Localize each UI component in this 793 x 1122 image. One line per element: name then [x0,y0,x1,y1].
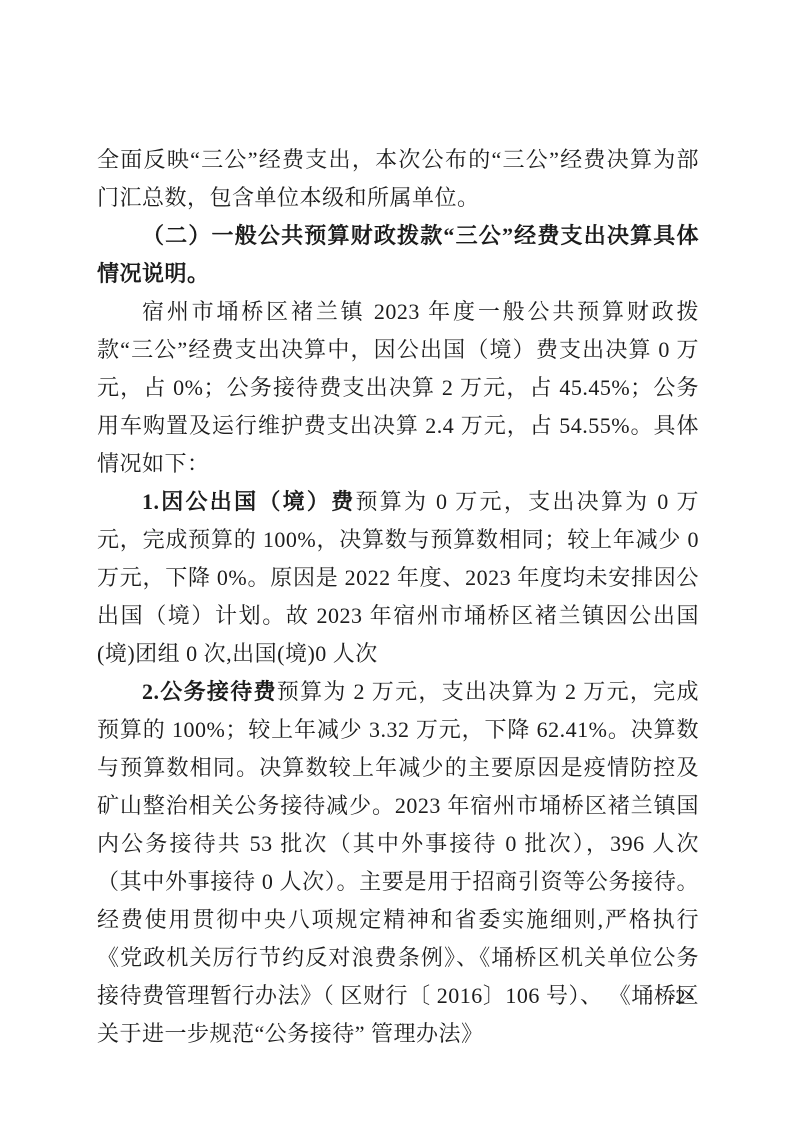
text-run: 预算为 2 万元，支出决算为 2 万元，完成预算的 100%；较上年减少 3.3… [97,679,699,1046]
bold-run: 2.公务接待费 [142,679,277,704]
section-heading: （二）一般公共预算财政拨款“三公”经费支出决算具体情况说明。 [97,217,699,293]
document-page: 全面反映“三公”经费支出，本次公布的“三公”经费决算为部门汇总数，包含单位本级和… [0,0,793,1122]
text-run: 全面反映“三公”经费支出，本次公布的“三公”经费决算为部门汇总数，包含单位本级和… [97,147,699,210]
paragraph: 宿州市埇桥区褚兰镇 2023 年度一般公共预算财政拨款“三公”经费支出决算中，因… [97,293,699,483]
bold-run: 1.因公出国（境）费 [142,489,355,514]
text-run: 预算为 0 万元，支出决算为 0 万元，完成预算的 100%，决算数与预算数相同… [97,489,699,666]
paragraph: 2.公务接待费预算为 2 万元，支出决算为 2 万元，完成预算的 100%；较上… [97,673,699,1053]
bold-run: （二）一般公共预算财政拨款“三公”经费支出决算具体情况说明。 [97,223,699,286]
paragraph: 1.因公出国（境）费预算为 0 万元，支出决算为 0 万元，完成预算的 100%… [97,483,699,673]
page-number: -2- [668,985,694,1009]
document-body: 全面反映“三公”经费支出，本次公布的“三公”经费决算为部门汇总数，包含单位本级和… [97,141,699,1053]
paragraph: 全面反映“三公”经费支出，本次公布的“三公”经费决算为部门汇总数，包含单位本级和… [97,141,699,217]
text-run: 宿州市埇桥区褚兰镇 2023 年度一般公共预算财政拨款“三公”经费支出决算中，因… [97,299,699,476]
